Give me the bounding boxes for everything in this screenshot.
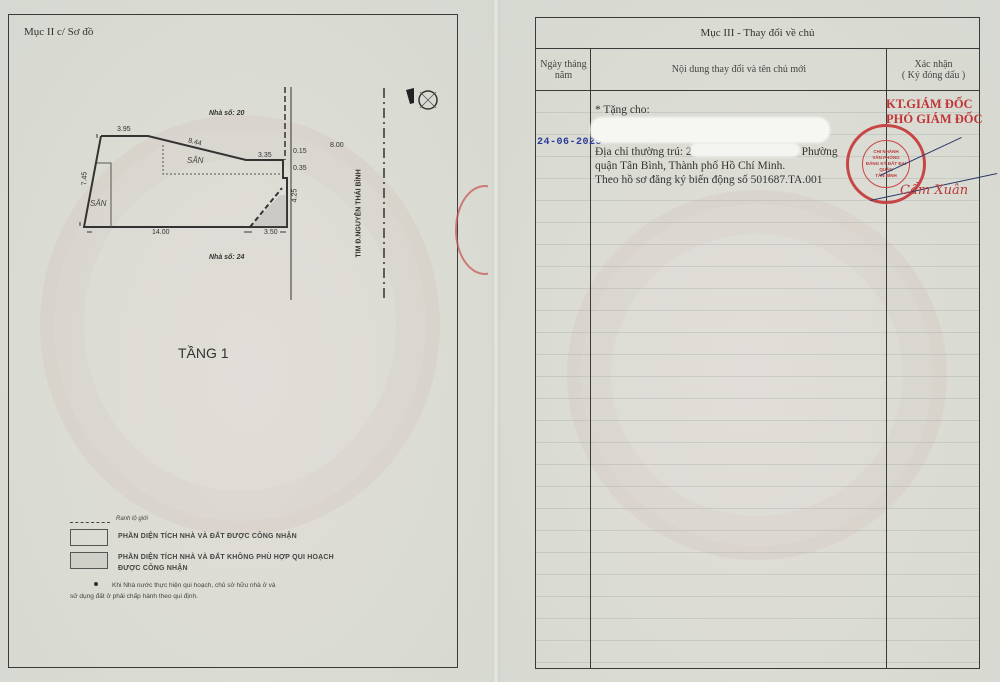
note-line-1: Khi Nhà nước thực hiện qui hoạch, chủ sở… [112, 582, 276, 589]
col-header-confirm-line2: ( Ký đóng dấu ) [902, 70, 965, 81]
signer-name: Cẩm Xuân [900, 183, 968, 198]
plan-legend: Ranh lộ giới PHẦN DIỆN TÍCH NHÀ VÀ ĐẤT Đ… [70, 516, 370, 602]
dim-street-width: 8.00 [330, 142, 344, 149]
note-line-2: sử dụng đất ở phải chấp hành theo qui đị… [70, 593, 198, 600]
street-name-label: TIM Đ.NGUYỄN THÁI BÌNH [356, 169, 363, 257]
col-header-date-line1: Ngày tháng [540, 59, 586, 70]
col-header-date-line2: năm [540, 70, 586, 81]
signatory-title: KT.GIÁM ĐỐC PHÓ GIÁM ĐỐC [886, 97, 983, 127]
yard-label-top: SÂN [187, 156, 203, 165]
signatory-title-line1: KT.GIÁM ĐỐC [886, 97, 983, 112]
section-title-right: Mục III - Thay đổi về chủ [536, 18, 979, 49]
col-header-confirm: Xác nhận( Ký đóng dấu ) [887, 49, 980, 91]
dim-right-lower: 4.25 [291, 189, 298, 203]
redaction-mask [590, 117, 830, 143]
entry-line-type: * Tặng cho: [595, 103, 838, 117]
noncompliant-area-swatch [70, 552, 108, 569]
address-ward: Phường [802, 146, 838, 158]
yard-label-left: SÂN [90, 199, 106, 208]
redaction-mask [690, 143, 800, 157]
legend-noncompliant-line2: ĐƯỢC CÔNG NHẬN [118, 563, 334, 574]
entry-line-district: quận Tân Bình, Thành phố Hồ Chí Minh. [595, 159, 838, 173]
address-start: Địa chỉ thường trú: 2 [595, 146, 692, 158]
dim-right-mid: 0.35 [293, 165, 307, 172]
col-header-date: Ngày thángnăm [536, 49, 591, 91]
dim-top-right: 3.35 [258, 152, 272, 159]
entry-line-dossier: Theo hồ sơ đăng ký biến động số 501687.T… [595, 173, 838, 187]
boundary-line-swatch [70, 522, 110, 523]
floor-label: TẦNG 1 [178, 345, 229, 361]
col-header-confirm-line1: Xác nhận [902, 59, 965, 70]
legend-noncompliant-line1: PHẦN DIỆN TÍCH NHÀ VÀ ĐẤT KHÔNG PHÙ HỢP … [118, 552, 334, 563]
signatory-title-line2: PHÓ GIÁM ĐỐC [886, 112, 983, 127]
dim-right-upper: 0.15 [293, 148, 307, 155]
legend-boundary-label: Ranh lộ giới [116, 516, 148, 522]
neighbor-bottom-label: Nhà số: 24 [209, 254, 244, 261]
dim-bottom-right: 3.50 [264, 229, 278, 236]
recognized-area-swatch [70, 529, 108, 546]
neighbor-top-label: Nhà số: 20 [209, 110, 244, 117]
dim-top-left: 3.95 [117, 126, 131, 133]
stamp-line: TÂN BÌNH [863, 173, 909, 179]
dim-left-side: 7.45 [81, 172, 88, 186]
dim-bottom: 14.00 [152, 229, 170, 236]
col-header-content: Nội dung thay đổi và tên chủ mới [591, 49, 887, 91]
bullet-icon [94, 582, 98, 586]
legend-note: Khi Nhà nước thực hiện qui hoạch, chủ sở… [70, 580, 370, 602]
legend-recognized-label: PHẦN DIỆN TÍCH NHÀ VÀ ĐẤT ĐƯỢC CÔNG NHẬN [118, 531, 297, 542]
